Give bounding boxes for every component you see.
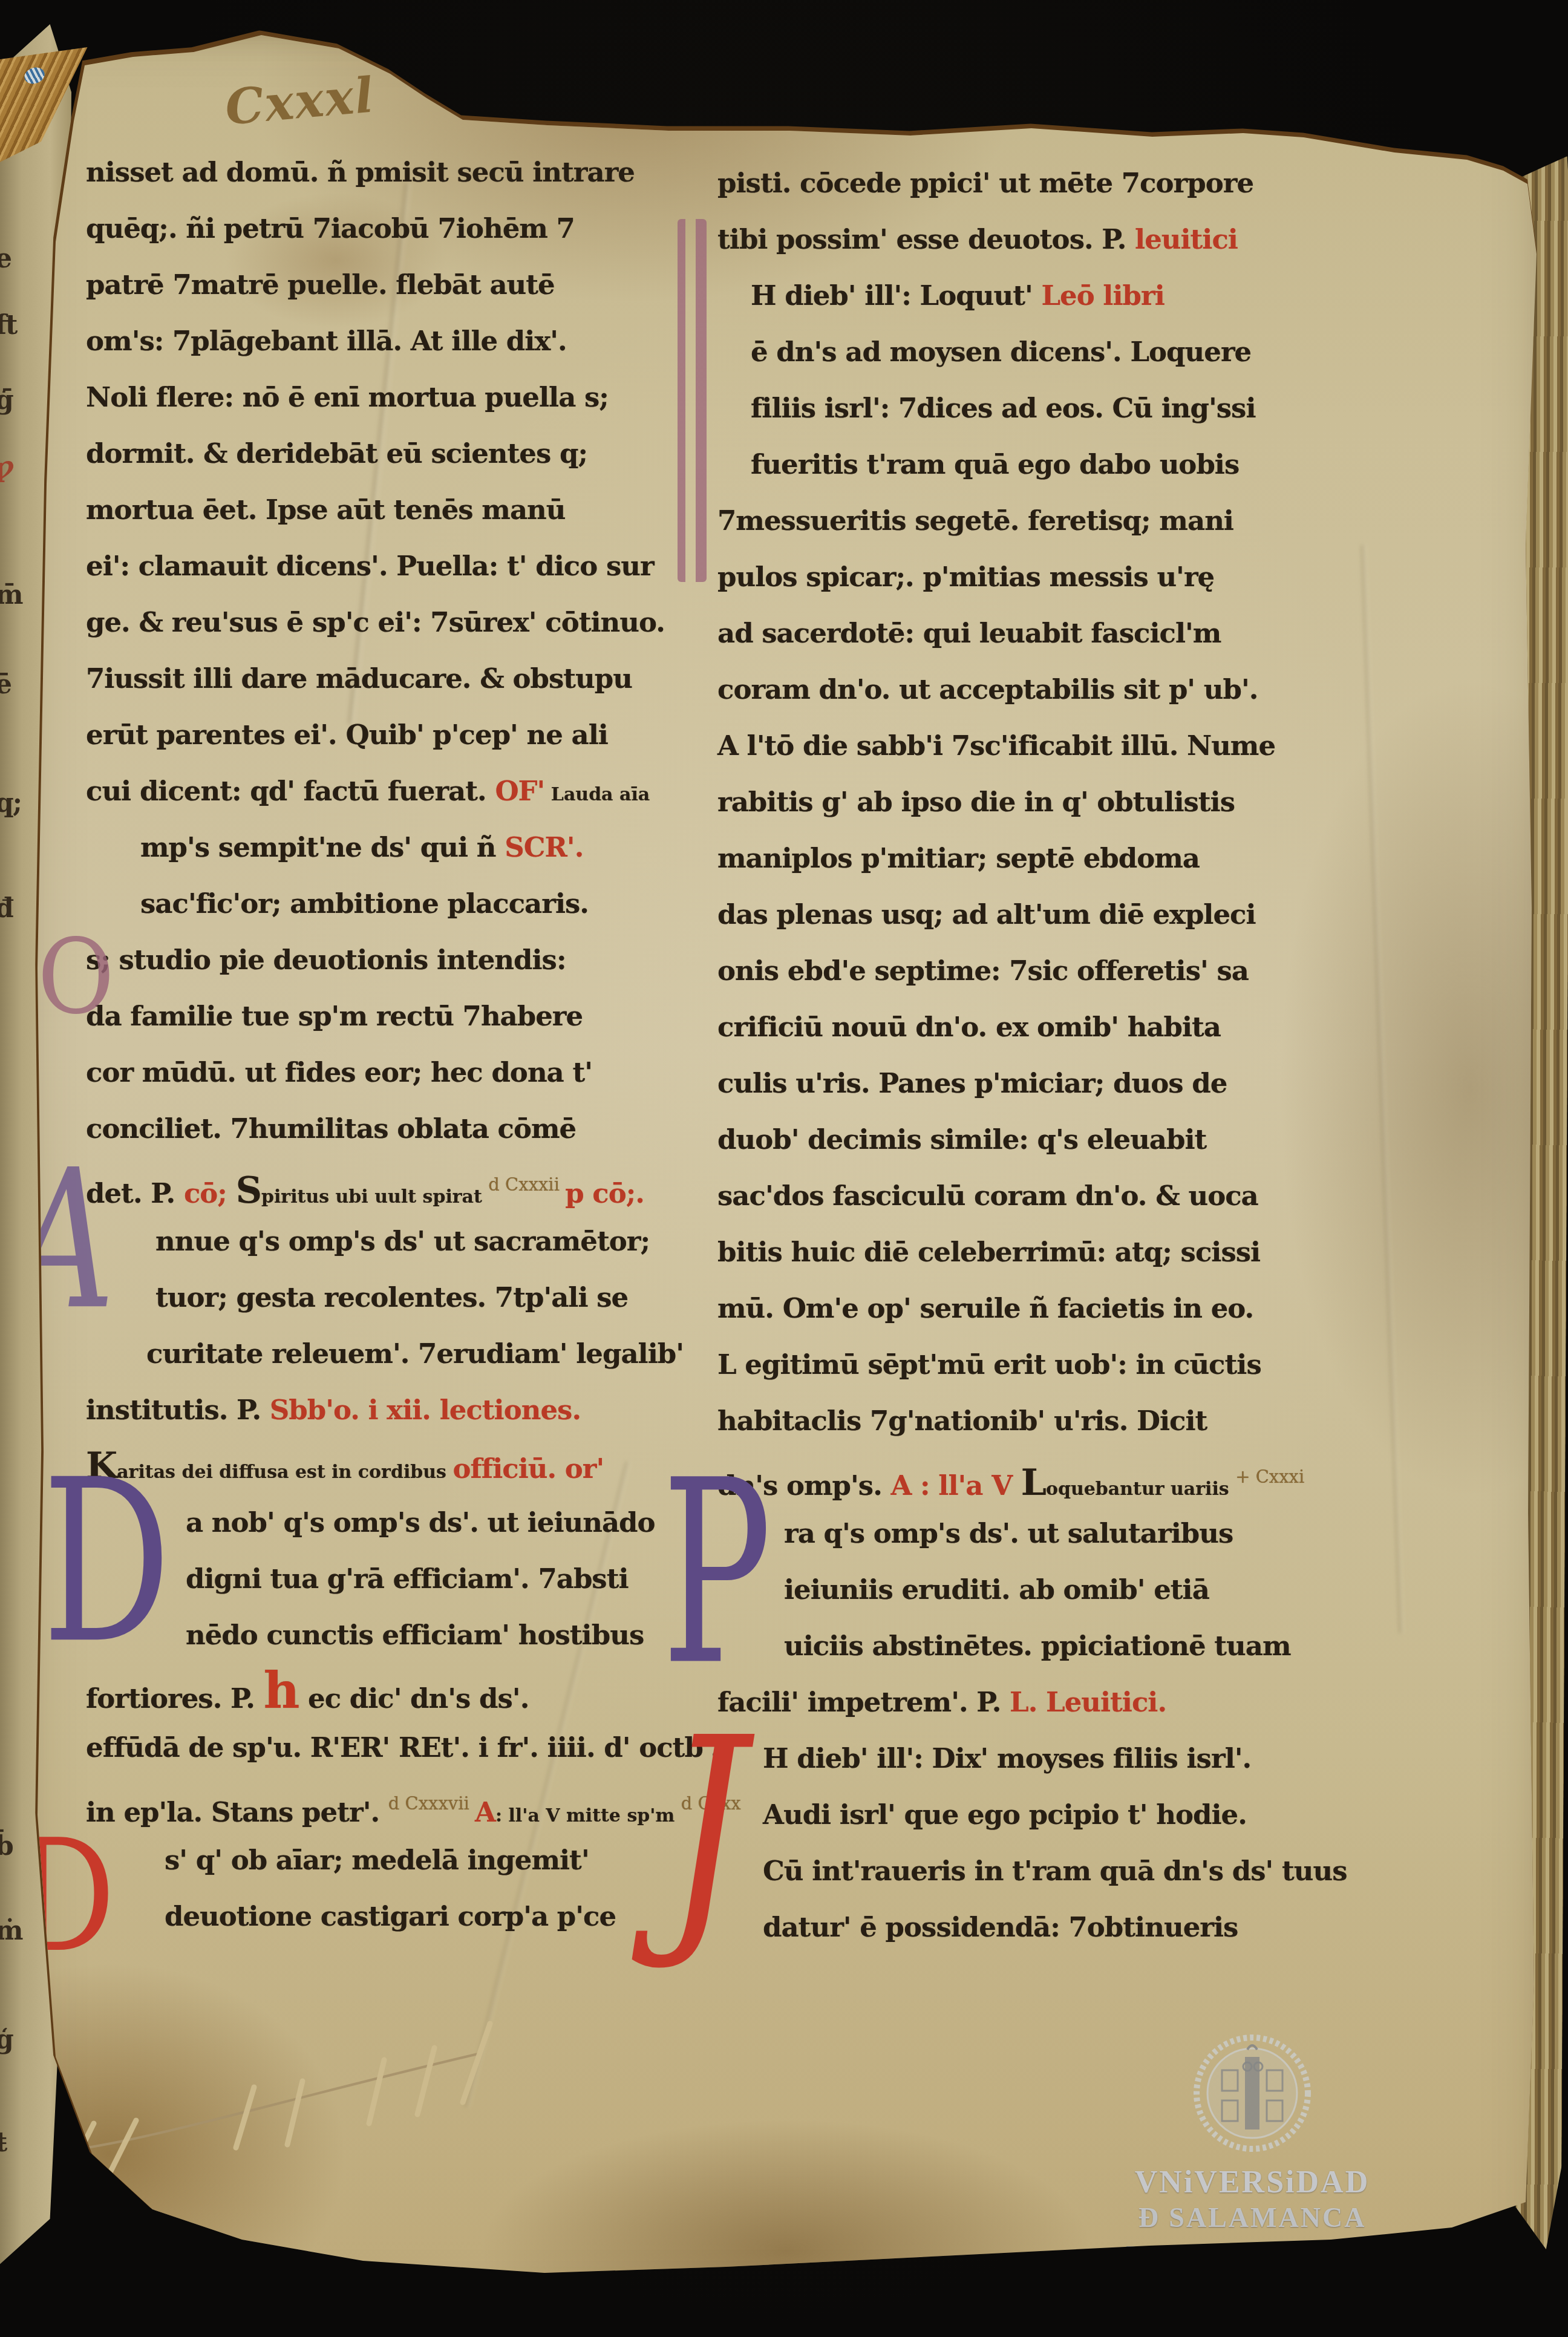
text-line: ei': clamauit dicens'. Puella: t' dico s… bbox=[86, 538, 739, 594]
text-line: L egitimū sēpt'mū erit uob': in cūctis bbox=[717, 1336, 1371, 1393]
margin-fragment: ŧ bbox=[0, 2127, 23, 2158]
text-line: cor mūdū. ut fides eor; hec dona t' bbox=[86, 1044, 739, 1100]
text-line: ra q's omp's ds'. ut salutaribus bbox=[784, 1505, 1371, 1561]
universidad-seal-watermark bbox=[1192, 2033, 1313, 2154]
text-line: H dieb' ill': Dix' moyses filiis isrl'. bbox=[763, 1730, 1371, 1786]
text-line: sac'dos fasciculū coram dn'o. & uoca bbox=[717, 1168, 1371, 1224]
text-line: quēq;. ñi petrū 7iacobū 7iohēm 7 bbox=[86, 200, 739, 257]
text-line: digni tua g'rā efficiam'. 7absti bbox=[186, 1551, 739, 1607]
folio-heading: Cxxxl bbox=[223, 66, 376, 136]
text-line: mortua ēet. Ipse aūt tenēs manū bbox=[86, 482, 739, 538]
text-line: bitis huic diē celeberrimū: atq; scissi bbox=[717, 1224, 1371, 1280]
margin-fragment: ṁ bbox=[0, 1915, 23, 1946]
watermark-line-2: Ð SALAMANCA bbox=[1083, 2201, 1422, 2234]
text-line: nnue q's omp's ds' ut sacramētor; bbox=[155, 1213, 739, 1269]
text-line: habitaclis 7g'nationib' u'ris. Dicit bbox=[717, 1393, 1371, 1449]
text-column-left: nisset ad domū. ñ pmisit secū intrarequē… bbox=[86, 144, 739, 1944]
watermark-line-1: VNiVERSiDAD bbox=[1083, 2165, 1422, 2200]
text-line: onis ebd'e septime: 7sic offeretis' sa bbox=[717, 943, 1371, 999]
text-line: H dieb' ill': Loquut' Leō libri bbox=[751, 267, 1371, 324]
text-line: ieiuniis eruditi. ab omib' etiā bbox=[784, 1561, 1371, 1618]
text-line: duob' decimis simile: q's eleuabit bbox=[717, 1111, 1371, 1168]
text-line: 7messueritis segetē. feretisq; mani bbox=[717, 492, 1371, 549]
text-line: nēdo cunctis efficiam' hostibus bbox=[186, 1607, 739, 1663]
margin-fragment: ft bbox=[0, 310, 23, 341]
margin-fragment: đ bbox=[0, 893, 23, 924]
text-line: pulos spicar;. p'mitias messis u'rę bbox=[717, 549, 1371, 605]
text-line: det. P. cō; Spiritus ubi uult spirat d C… bbox=[86, 1157, 739, 1213]
text-line: mp's sempit'ne ds' qui ñ SCR'. bbox=[140, 819, 739, 875]
text-line: pisti. cōcede ppici' ut mēte 7corpore bbox=[717, 155, 1371, 211]
initial-i-red: J bbox=[665, 1705, 745, 1955]
margin-fragment: q; bbox=[0, 788, 23, 819]
text-line: om's: 7plāgebant illā. At ille dix'. bbox=[86, 313, 739, 369]
margin-fragment: m̄ bbox=[0, 580, 23, 610]
text-line: Cū int'raueris in t'ram quā dn's ds' tuu… bbox=[763, 1843, 1371, 1899]
text-line: institutis. P. Sbb'o. i xii. lectiones. bbox=[86, 1382, 739, 1438]
text-line: datur' ē possidendā: 7obtinueris bbox=[763, 1899, 1371, 1955]
text-line: cui dicent: qd' factū fuerat. OF' Lauda … bbox=[86, 763, 739, 819]
initial-o-mauve: O bbox=[38, 926, 114, 1029]
text-line: dormit. & deridebāt eū scientes q; bbox=[86, 425, 739, 482]
text-line: effūdā de sp'u. R'ER' REt'. i fr'. iiii.… bbox=[86, 1719, 739, 1776]
text-line: sac'fic'or; ambitione placcaris. bbox=[140, 875, 739, 932]
text-column-right: pisti. cōcede ppici' ut mēte 7corporetib… bbox=[717, 155, 1371, 1955]
text-line: a nob' q's omp's ds'. ut ieiunādo bbox=[186, 1494, 739, 1551]
text-line: s; studio pie deuotionis intendis: bbox=[86, 932, 739, 988]
text-line: uiciis abstinētes. ppiciationē tuam bbox=[784, 1618, 1371, 1674]
text-line: rabitis g' ab ipso die in q' obtulistis bbox=[717, 774, 1371, 830]
text-line: fueritis t'ram quā ego dabo uobis bbox=[751, 436, 1371, 492]
text-line: tibi possim' esse deuotos. P. leuitici bbox=[717, 211, 1371, 267]
text-line: tuor; gesta recolentes. 7tp'ali se bbox=[155, 1269, 739, 1325]
text-line: mū. Om'e op' seruile ñ facietis in eo. bbox=[717, 1280, 1371, 1336]
manuscript-page: Cxxxl 131 nisset ad domū. ñ pmisit secū … bbox=[0, 0, 1568, 2337]
text-line: fortiores. P. h ec dic' dn's ds'. bbox=[86, 1663, 739, 1719]
text-line: Audi isrl' que ego pcipio t' hodie. bbox=[763, 1786, 1371, 1843]
margin-fragment: ģ̄ bbox=[0, 385, 23, 416]
margin-fragment: ƿ bbox=[0, 453, 23, 483]
text-line: dn's omp's. A : ll'a V Loquebantur uarii… bbox=[717, 1449, 1371, 1505]
text-line: facili' impetrem'. P. L. Leuitici. bbox=[717, 1674, 1371, 1730]
text-line: curitate releuem'. 7erudiam' legalib' bbox=[146, 1325, 739, 1382]
text-line: crificiū nouū dn'o. ex omib' habita bbox=[717, 999, 1371, 1055]
text-line: maniplos p'mitiar; septē ebdoma bbox=[717, 830, 1371, 886]
text-line: nisset ad domū. ñ pmisit secū intrare bbox=[86, 144, 739, 200]
text-line: Noli flere: nō ē enī mortua puella s; bbox=[86, 369, 739, 425]
text-line: culis u'ris. Panes p'miciar; duos de bbox=[717, 1055, 1371, 1111]
text-line: in ep'la. Stans petr'. d Cxxxvii A: ll'a… bbox=[86, 1776, 739, 1832]
text-line: patrē 7matrē puelle. flebāt autē bbox=[86, 257, 739, 313]
text-line: filiis isrl': 7dices ad eos. Cū ing'ssi bbox=[751, 380, 1371, 436]
margin-fragment: ģ bbox=[0, 2024, 23, 2055]
text-line: coram dn'o. ut acceptabilis sit p' ub'. bbox=[717, 661, 1371, 717]
text-line: 7iussit illi dare māducare. & obstupu bbox=[86, 650, 739, 707]
margin-fragment: e bbox=[0, 243, 23, 274]
stitched-repair-seam bbox=[30, 2002, 502, 2184]
text-line: deuotione castigari corp'a p'ce bbox=[165, 1888, 739, 1944]
text-line: ad sacerdotē: qui leuabit fascicl'm bbox=[717, 605, 1371, 661]
text-line: A l'tō die sabb'i 7sc'ificabit illū. Num… bbox=[717, 717, 1371, 774]
initial-d-purple: D bbox=[42, 1451, 171, 1675]
text-line: ē dn's ad moysen dicens'. Loquere bbox=[751, 324, 1371, 380]
text-line: Karitas dei diffusa est in cordibus offi… bbox=[86, 1438, 739, 1494]
text-line: s' q' ob aīar; medelā ingemit' bbox=[165, 1832, 739, 1888]
text-line: da familie tue sp'm rectū 7habere bbox=[86, 988, 739, 1044]
initial-i-mauve-bars bbox=[678, 219, 707, 582]
margin-fragment: b̄ bbox=[0, 1831, 23, 1861]
margin-fragment: ē bbox=[0, 669, 23, 700]
initial-p-purple: P bbox=[662, 1447, 772, 1701]
text-line: erūt parentes ei'. Quib' p'cep' ne ali bbox=[86, 707, 739, 763]
text-line: das plenas usq; ad alt'um diē expleci bbox=[717, 886, 1371, 943]
text-line: ge. & reu'sus ē sp'c ei': 7sūrex' cōtinu… bbox=[86, 594, 739, 650]
text-line: conciliet. 7humilitas oblata cōmē bbox=[86, 1100, 739, 1157]
